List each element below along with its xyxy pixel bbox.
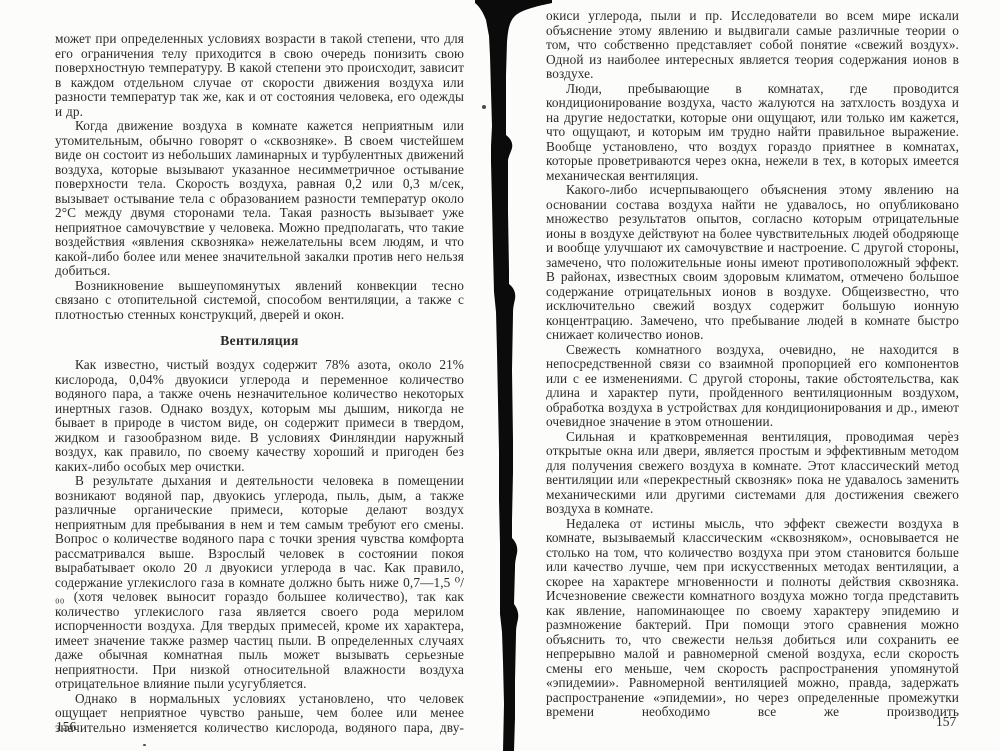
paragraph: Недалека от истины мысль, что эффект све… (546, 517, 959, 720)
paragraph: Когда движение воздуха в комнате кажется… (55, 119, 464, 279)
paragraph: Люди, пребывающие в комнатах, где провод… (546, 82, 959, 184)
paragraph: Свежесть комнатного воздуха, очевидно, н… (546, 343, 959, 430)
paragraph: Сильная и кратковременная вентиляция, пр… (546, 430, 959, 517)
paragraph: В результате дыхания и деятельности чело… (55, 474, 464, 692)
scan-speck (948, 431, 950, 433)
book-spread: может при определенных условиях возрасти… (0, 0, 1000, 751)
left-page-text: может при определенных условиях возрасти… (55, 32, 464, 735)
right-page-text: окиси углерода, пыли и пр. Исследователи… (546, 9, 959, 720)
paragraph: может при определенных условиях возрасти… (55, 32, 464, 119)
page-number-right: 157 (936, 714, 956, 730)
paragraph: Как известно, чистый воздух содержит 78%… (55, 358, 464, 474)
paragraph: Какого-либо исчерпывающего объяснения эт… (546, 183, 959, 343)
section-heading: Вентиляция (55, 333, 464, 348)
page-number-left: 156 (56, 719, 76, 735)
scan-speck (143, 744, 146, 746)
scan-speck (482, 105, 486, 109)
paragraph: Однако в нормальных условиях установлено… (55, 692, 464, 736)
paragraph: окиси углерода, пыли и пр. Исследователи… (546, 9, 959, 82)
paragraph: Возникновение вышеупомянутых явлений кон… (55, 279, 464, 323)
